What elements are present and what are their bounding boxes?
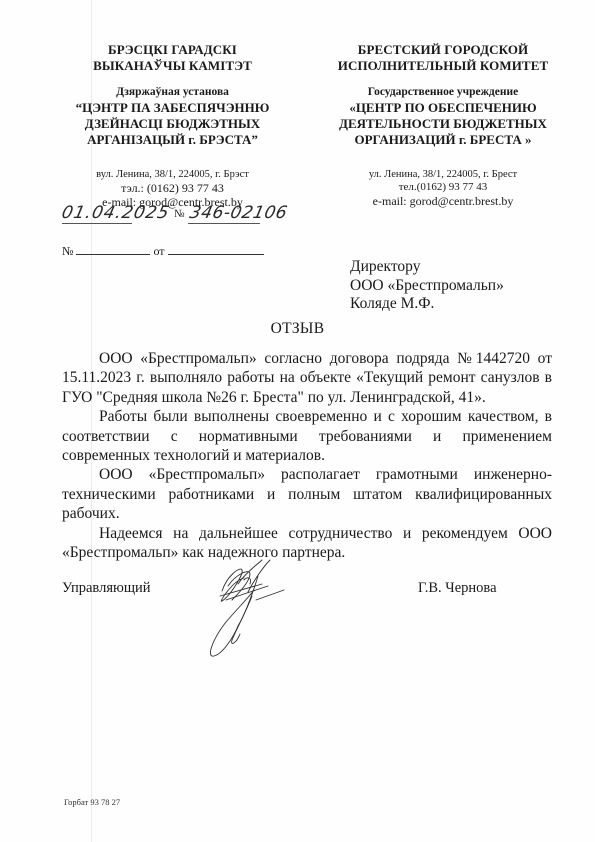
paragraph: ООО «Брестпромальп» располагает грамотны… [62, 465, 552, 523]
institution-name-line1: «ЦЕНТР ПО ОБЕСПЕЧЕНИЮ [318, 100, 568, 116]
document-body: ООО «Брестпромальп» согласно договора по… [62, 349, 552, 562]
handwritten-outgoing-number: 346-02106 [188, 203, 289, 223]
paragraph: ООО «Брестпромальп» согласно договора по… [62, 349, 552, 407]
ref-number-label: № [62, 244, 73, 258]
number-underline [188, 223, 260, 224]
date-underline [62, 223, 132, 224]
paragraph: Работы были выполнены своевременно и с х… [62, 407, 552, 465]
signatory-name: Г.В. Чернова [418, 580, 497, 597]
contact-block-russian: ул. Ленина, 38/1, 224005, г. Брест тел.(… [318, 168, 568, 208]
institution-name-line2: ДЕЯТЕЛЬНОСТИ БЮДЖЕТНЫХ [318, 116, 568, 132]
institution-name-line1: “ЦЭНТР ПА ЗАБЕСПЯЧЭННЮ [50, 100, 295, 116]
executor-note: Горбат 93 78 27 [64, 797, 120, 807]
handwritten-date: 01.04.2025 [60, 203, 172, 223]
email: e-mail: gorod@centr.brest.by [318, 194, 568, 208]
recipient-block: Директору ООО «Брестпромальп» Коляде М.Ф… [350, 258, 504, 314]
ref-number-blank [76, 243, 150, 255]
signatory-role: Управляющий [62, 580, 151, 597]
institution-type: Дзяржаўная установа [50, 84, 295, 100]
ref-from-label: от [153, 244, 164, 258]
recipient-company: ООО «Брестпромальп» [350, 277, 504, 296]
org-name-line2: ВЫКАНАЎЧЫ КАМІТЭТ [50, 58, 295, 74]
letter-page: БРЭСЦКІ ГАРАДСКІ ВЫКАНАЎЧЫ КАМІТЭТ Дзярж… [0, 0, 595, 842]
letterhead-belarusian: БРЭСЦКІ ГАРАДСКІ ВЫКАНАЎЧЫ КАМІТЭТ Дзярж… [50, 42, 295, 148]
handwritten-signature-icon [192, 556, 292, 660]
phone: тел.(0162) 93 77 43 [318, 181, 568, 194]
document-title: ОТЗЫВ [0, 320, 595, 338]
address: вул. Ленина, 38/1, 224005, г. Брэст [50, 168, 295, 181]
institution-name-line2: ДЗЕЙНАСЦІ БЮДЖЭТНЫХ [50, 116, 295, 132]
recipient-position: Директору [350, 258, 504, 277]
outgoing-number-label: № [174, 208, 185, 220]
institution-name-line3: АРГАНІЗАЦЫЙ г. БРЭСТА” [50, 132, 295, 148]
ref-date-blank [168, 243, 264, 255]
paragraph: Надеемся на дальнейшее сотрудничество и … [62, 524, 552, 563]
recipient-name: Коляде М.Ф. [350, 295, 504, 314]
address: ул. Ленина, 38/1, 224005, г. Брест [318, 168, 568, 181]
reference-line: № от [62, 243, 264, 259]
org-name-line1: БРЭСЦКІ ГАРАДСКІ [50, 42, 295, 58]
institution-name-line3: ОРГАНИЗАЦИЙ г. БРЕСТА » [318, 132, 568, 148]
letterhead-russian: БРЕСТСКИЙ ГОРОДСКОЙ ИСПОЛНИТЕЛЬНЫЙ КОМИТ… [318, 42, 568, 148]
org-name-line2: ИСПОЛНИТЕЛЬНЫЙ КОМИТЕТ [318, 58, 568, 74]
institution-type: Государственное учреждение [318, 84, 568, 100]
org-name-line1: БРЕСТСКИЙ ГОРОДСКОЙ [318, 42, 568, 58]
phone: тэл.: (0162) 93 77 43 [50, 181, 295, 195]
